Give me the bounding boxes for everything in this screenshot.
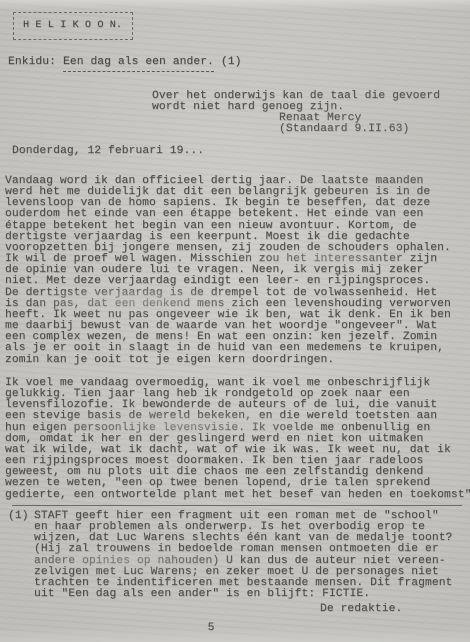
masthead-title: H E L I K O O N. (23, 20, 122, 31)
footnote-reference: (1) (221, 56, 242, 68)
dateline: Donderdag, 12 februari 19... (12, 146, 204, 157)
epigraph-source: (Standaard 9.II.63) (279, 124, 440, 135)
diary-paragraph-1: Vandaag word ik dan officieel dertig jaa… (5, 176, 451, 366)
editorial-signoff: De redaktie. (320, 604, 402, 615)
diary-paragraph-2: Ik voel me vandaag overmoedig, want ik v… (5, 378, 470, 501)
page-number: 5 (196, 623, 226, 634)
footnote: (1) STAFT geeft hier een fragment uit ee… (8, 511, 452, 600)
article-title: Enkidu:Een dag als een ander.(1) (8, 57, 242, 68)
epigraph-text: Over het onderwijs kan de taal die gevoe… (152, 91, 440, 113)
footnote-divider (12, 505, 462, 506)
scanned-page: H E L I K O O N. Enkidu:Een dag als een … (0, 0, 470, 642)
article-author: Enkidu: (8, 56, 56, 68)
article-title-text: Een dag als een ander. (63, 56, 214, 72)
footnote-text: STAFT geeft hier een fragment uit een ro… (34, 511, 452, 600)
epigraph: Over het onderwijs kan de taal die gevoe… (152, 91, 440, 136)
masthead-box: H E L I K O O N. (13, 12, 133, 40)
footnote-marker: (1) (8, 511, 34, 600)
